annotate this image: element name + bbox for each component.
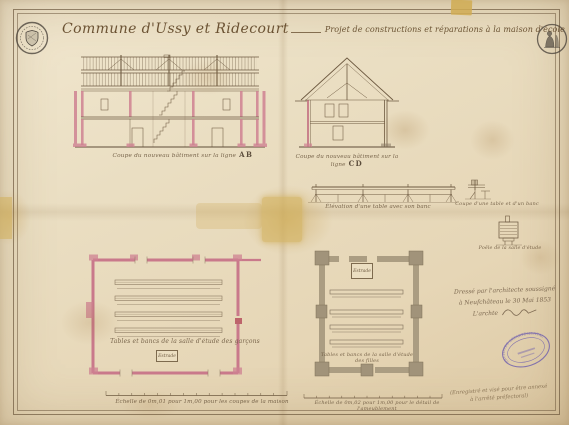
section-ab-caption-text: Coupe du nouveau bâtiment sur la ligne <box>113 153 237 159</box>
right-wall-base <box>381 144 391 148</box>
table-elevation-caption: Élévation d'une table avec son banc <box>298 204 458 210</box>
upper-floor-openings <box>101 99 230 110</box>
stove-drawing <box>494 216 524 248</box>
stove <box>499 216 518 245</box>
plan-girls-caption: Tables et bancs de la salle d'étude des … <box>316 353 418 365</box>
section-ab-drawing <box>73 55 267 150</box>
tape-patch-top <box>451 0 473 15</box>
house-scale-bar <box>104 390 290 399</box>
tape-patch-mid <box>196 203 262 229</box>
mairie-seal-icon <box>15 21 49 55</box>
section-cd-ref: CD <box>349 159 364 168</box>
table-profile <box>468 180 490 199</box>
plan-girls-platform: Estrade <box>351 263 373 279</box>
roof-truss <box>295 58 399 101</box>
plan-boys-tables <box>115 280 222 337</box>
plan-boys-platform: Estrade <box>156 350 178 362</box>
section-ab-ref: AB <box>239 150 253 159</box>
table-profile-drawing <box>463 178 493 202</box>
ground-floor-doors <box>130 119 223 147</box>
section-ab-caption: Coupe du nouveau bâtiment sur la ligneAB <box>108 151 258 160</box>
bench <box>315 195 452 203</box>
project-title: Projet de constructions et réparations à… <box>325 25 565 34</box>
sheet-title: Commune d'Ussy et Ridecourt Projet de co… <box>62 21 569 37</box>
signature-title: L'archte <box>473 309 498 317</box>
floor-line <box>310 122 385 124</box>
table-legs <box>311 190 456 203</box>
table-top <box>312 184 455 190</box>
tape-patch-left <box>0 197 12 239</box>
table-profile-caption: Coupe d'une table et d'un banc <box>448 202 546 208</box>
furniture-scale-caption: Échelle de 0m,02 pour 1m,00 pour le déta… <box>306 401 448 413</box>
plan-boys-caption: Tables et bancs de la salle d'étude des … <box>106 339 264 346</box>
plan-sheet: Commune d'Ussy et Ridecourt Projet de co… <box>0 0 569 425</box>
plan-girls-platform-label: Estrade <box>353 269 371 274</box>
plan-girls-tables <box>330 290 403 347</box>
tape-patch-center <box>262 197 302 242</box>
commune-title: Commune d'Ussy et Ridecourt <box>62 21 289 37</box>
windows <box>325 104 348 140</box>
corner-note: (Enregistré et visé pour être annexé à l… <box>436 383 563 408</box>
plan-boys-platform-label: Estrade <box>158 354 176 359</box>
section-cd-caption-text: Coupe du nouveau bâtiment sur la ligne <box>296 154 399 168</box>
pink-column-bases <box>73 144 267 148</box>
left-wall-base <box>304 144 312 148</box>
title-rule <box>291 32 321 33</box>
section-cd-drawing <box>293 55 401 150</box>
pink-posts-ground <box>81 119 259 145</box>
signature-flourish <box>500 306 538 317</box>
house-scale-caption: Échelle de 0m,01 pour 1m,00 pour les cou… <box>112 399 292 405</box>
stamp-graphic: ARCHIVES DÉPARTEMENTALES <box>493 320 554 374</box>
section-cd-caption: Coupe du nouveau bâtiment sur la ligneCD <box>286 154 408 169</box>
floor-line <box>81 117 259 119</box>
signature-block: Dressé par l'architecte soussigné à Neuf… <box>451 284 558 321</box>
stove-caption: Poêle de la salle d'étude <box>466 246 554 252</box>
archive-stamp: ARCHIVES DÉPARTEMENTALES <box>500 329 552 371</box>
